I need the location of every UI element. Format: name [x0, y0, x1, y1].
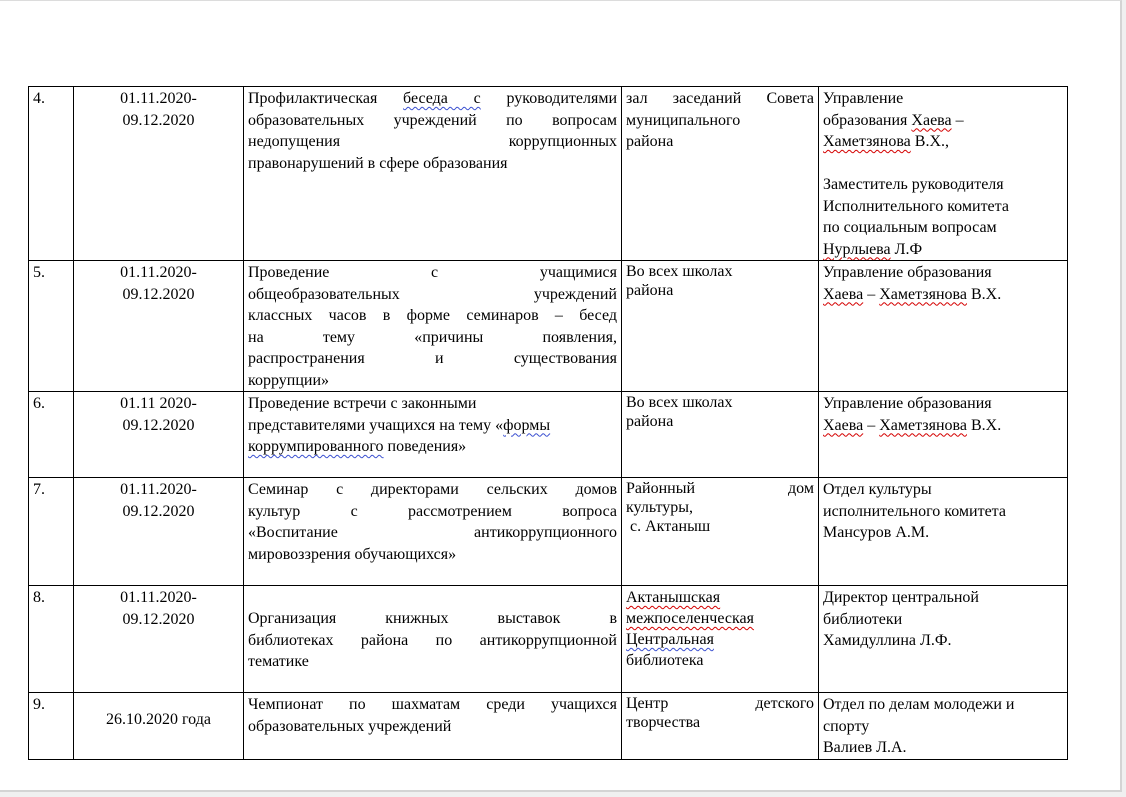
date-cell: 26.10.2020 года	[74, 693, 244, 760]
table-row: 9. 26.10.2020 года Чемпионат по шахматам…	[29, 693, 1068, 760]
responsible-cell: Управление образования Хаева – Хаметзяно…	[819, 392, 1068, 478]
date-to: 09.12.2020	[78, 415, 239, 437]
event-line: представителями учащихся на тему «формы	[248, 415, 617, 437]
place-line: зал заседаний Совета	[626, 88, 814, 110]
place-line: культуры,	[626, 498, 814, 517]
responsible-cell: Отдел по делам молодежи и спорту Валиев …	[819, 693, 1068, 760]
responsible-line: образования Хаева –	[823, 110, 1063, 132]
responsible-line: Заместитель руководителя	[823, 174, 1063, 196]
responsible-line: спорту	[823, 716, 1063, 738]
grammar-flagged-text: коррумпированного	[248, 438, 384, 455]
spelling-flagged-text: Актанышская	[626, 589, 720, 606]
place-line: Центр детского	[626, 694, 814, 713]
table-row: 5. 01.11.2020- 09.12.2020 Проведение с у…	[29, 261, 1068, 392]
row-number: 8.	[29, 586, 74, 693]
place-line: с. Актаныш	[626, 517, 814, 536]
responsible-line: Отдел культуры	[823, 479, 1063, 501]
blank-line	[823, 153, 1063, 175]
spelling-flagged-text: Хаева	[911, 112, 951, 129]
event-line: Организация книжных выставок в	[248, 608, 617, 630]
event-line: недопущения коррупционных	[248, 131, 617, 153]
date-cell: 01.11.2020- 09.12.2020	[74, 586, 244, 693]
responsible-text: –	[952, 112, 964, 129]
date-to: 09.12.2020	[78, 609, 239, 631]
place-cell: Во всех школах района	[622, 261, 819, 392]
event-text: Профилактическая	[248, 90, 403, 107]
spelling-flagged-text: Хаметзянова	[823, 133, 911, 150]
responsible-line: библиотеки	[823, 609, 1063, 631]
activity-plan-table: 4. 01.11.2020- 09.12.2020 Профилактическ…	[28, 86, 1068, 760]
event-line: мировоззрения обучающихся»	[248, 544, 617, 566]
place-cell: Во всех школах района	[622, 392, 819, 478]
event-line: распространения и существования	[248, 348, 617, 370]
event-cell: Чемпионат по шахматам среди учащихся обр…	[244, 693, 622, 760]
date-to: 09.12.2020	[78, 501, 239, 523]
place-cell: зал заседаний Совета муниципального райо…	[622, 87, 819, 261]
date-from: 01.11.2020-	[78, 88, 239, 110]
place-line: Центральная	[626, 629, 814, 650]
grammar-flagged-text: беседа с	[403, 90, 481, 107]
event-line: Проведение встречи с законными	[248, 393, 617, 415]
event-line: общеобразовательных учреждений	[248, 284, 617, 306]
event-text: поведения»	[384, 438, 467, 455]
spelling-flagged-text: Хаметзянова	[879, 286, 967, 303]
place-cell: Районный дом культуры, с. Актаныш	[622, 478, 819, 586]
place-cell: Центр детского творчества	[622, 693, 819, 760]
place-line: Во всех школах	[626, 393, 814, 412]
responsible-line: Валиев Л.А.	[823, 737, 1063, 759]
place-cell: Актанышская межпоселенческая Центральная…	[622, 586, 819, 693]
place-line: района	[626, 281, 814, 300]
responsible-cell: Управление образования Хаева – Хаметзяно…	[819, 261, 1068, 392]
event-line: образовательных учреждений	[248, 716, 617, 738]
date-cell: 01.11 2020- 09.12.2020	[74, 392, 244, 478]
responsible-line: Хаева – Хаметзянова В.Х.	[823, 284, 1063, 306]
place-line: района	[626, 412, 814, 431]
event-line: культур с рассмотрением вопроса	[248, 501, 617, 523]
place-line: Во всех школах	[626, 262, 814, 281]
event-cell: Проведение встречи с законными представи…	[244, 392, 622, 478]
spelling-flagged-text: межпоселенческая	[626, 610, 754, 627]
event-line: правонарушений в сфере образования	[248, 153, 617, 175]
responsible-line: Хаева – Хаметзянова В.Х.	[823, 415, 1063, 437]
responsible-line: по социальным вопросам	[823, 217, 1063, 239]
responsible-line: Нурлыева Л.Ф	[823, 239, 1063, 261]
date-cell: 01.11.2020- 09.12.2020	[74, 261, 244, 392]
responsible-text: В.Х.	[967, 286, 1001, 303]
place-line: района	[626, 131, 814, 153]
document-page: 4. 01.11.2020- 09.12.2020 Профилактическ…	[0, 0, 1122, 792]
spelling-flagged-text: Хаева	[823, 286, 863, 303]
row-number: 7.	[29, 478, 74, 586]
spelling-flagged-text: Нурлыева	[823, 241, 891, 258]
responsible-line: Директор центральной	[823, 587, 1063, 609]
responsible-cell: Отдел культуры исполнительного комитета …	[819, 478, 1068, 586]
date-from: 01.11.2020-	[78, 587, 239, 609]
table-row: 8. 01.11.2020- 09.12.2020 Организация кн…	[29, 586, 1068, 693]
event-line: коррупции»	[248, 370, 617, 392]
event-line: коррумпированного поведения»	[248, 436, 617, 458]
responsible-text: –	[863, 286, 879, 303]
responsible-text: образования	[823, 112, 911, 129]
row-number: 6.	[29, 392, 74, 478]
responsible-text: –	[863, 417, 879, 434]
event-line: на тему «причины появления,	[248, 327, 617, 349]
responsible-line: Управление образования	[823, 262, 1063, 284]
responsible-line: Хаметзянова В.Х.,	[823, 131, 1063, 153]
event-text: представителями учащихся на тему «	[248, 417, 503, 434]
event-line: библиотеках района по антикоррупционной	[248, 630, 617, 652]
date-to: 09.12.2020	[78, 284, 239, 306]
responsible-text: В.Х.	[967, 417, 1001, 434]
place-line: муниципального	[626, 110, 814, 132]
event-cell: Профилактическая беседа с руководителями…	[244, 87, 622, 261]
event-line: образовательных учреждений по вопросам	[248, 110, 617, 132]
event-line: Профилактическая беседа с руководителями	[248, 88, 617, 110]
table-row: 7. 01.11.2020- 09.12.2020 Семинар с дире…	[29, 478, 1068, 586]
responsible-line: Управление образования	[823, 393, 1063, 415]
grammar-flagged-text: формы	[503, 417, 550, 434]
event-line: классных часов в форме семинаров – бесед	[248, 305, 617, 327]
responsible-cell: Директор центральной библиотеки Хамидулл…	[819, 586, 1068, 693]
date-from: 01.11 2020-	[78, 393, 239, 415]
event-line: Семинар с директорами сельских домов	[248, 479, 617, 501]
place-line: библиотека	[626, 650, 814, 671]
responsible-line: Отдел по делам молодежи и	[823, 694, 1063, 716]
event-text: руководителями	[481, 90, 617, 107]
responsible-text: Л.Ф	[891, 241, 923, 258]
row-number: 9.	[29, 693, 74, 760]
responsible-line: Управление	[823, 88, 1063, 110]
date-cell: 01.11.2020- 09.12.2020	[74, 478, 244, 586]
event-line: Чемпионат по шахматам среди учащихся	[248, 694, 617, 716]
row-number: 4.	[29, 87, 74, 261]
responsible-cell: Управление образования Хаева – Хаметзяно…	[819, 87, 1068, 261]
date-from: 01.11.2020-	[78, 479, 239, 501]
event-line: тематике	[248, 651, 617, 673]
table-row: 6. 01.11 2020- 09.12.2020 Проведение вст…	[29, 392, 1068, 478]
date-cell: 01.11.2020- 09.12.2020	[74, 87, 244, 261]
table-row: 4. 01.11.2020- 09.12.2020 Профилактическ…	[29, 87, 1068, 261]
row-number: 5.	[29, 261, 74, 392]
grammar-flagged-text: Центральная	[626, 631, 714, 648]
event-line: «Воспитание антикоррупционного	[248, 522, 617, 544]
place-line: межпоселенческая	[626, 608, 814, 629]
responsible-line: Мансуров А.М.	[823, 522, 1063, 544]
spelling-flagged-text: Хаметзянова	[879, 417, 967, 434]
date-from: 01.11.2020-	[78, 262, 239, 284]
responsible-line: Хамидуллина Л.Ф.	[823, 630, 1063, 652]
place-line: Актанышская	[626, 587, 814, 608]
event-cell: Проведение с учащимися общеобразовательн…	[244, 261, 622, 392]
place-line: Районный дом	[626, 479, 814, 498]
event-cell: Семинар с директорами сельских домов кул…	[244, 478, 622, 586]
responsible-text: В.Х.,	[911, 133, 949, 150]
responsible-line: исполнительного комитета	[823, 501, 1063, 523]
responsible-line: Исполнительного комитета	[823, 196, 1063, 218]
event-cell: Организация книжных выставок в библиотек…	[244, 586, 622, 693]
place-line: творчества	[626, 713, 814, 732]
spelling-flagged-text: Хаева	[823, 417, 863, 434]
event-line: Проведение с учащимися	[248, 262, 617, 284]
date-to: 09.12.2020	[78, 110, 239, 132]
